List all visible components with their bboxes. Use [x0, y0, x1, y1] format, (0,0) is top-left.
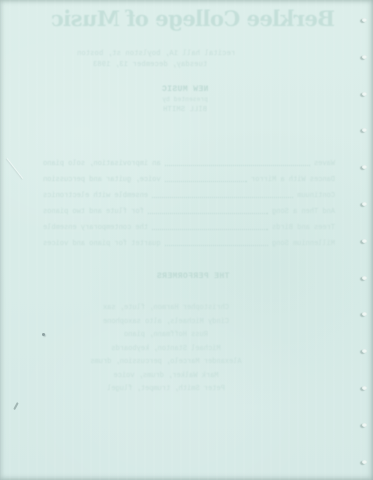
- concert-title: NEW MUSIC: [85, 85, 285, 94]
- bleed-through-layer: Berklee College of Music recital hall 1A…: [0, 0, 373, 480]
- dot-leader: [165, 165, 310, 166]
- program-title: And Then a Song: [272, 208, 335, 216]
- performer-line: Peter Smith, trumpet, flugel: [16, 383, 316, 397]
- program-title: Trees and Birds: [272, 224, 335, 232]
- program-credit: voice, guitar and percussion: [43, 176, 161, 184]
- dot-leader: [148, 213, 268, 214]
- punch-hole: [362, 18, 367, 22]
- program-credit: the contemporary ensemble: [43, 224, 148, 232]
- performer-line: Cindy Michaels, alto saxophone: [16, 316, 316, 330]
- program-title: Dances With a Mirror: [251, 176, 335, 184]
- dot-leader: [165, 245, 268, 246]
- dot-leader: [152, 197, 293, 198]
- program-credit: for flute and two pianos: [43, 208, 144, 216]
- program-row: Trees and Birdsthe contemporary ensemble: [43, 216, 335, 232]
- performers-heading: THE PERFORMERS: [93, 272, 293, 281]
- program-title: Continuum: [297, 192, 335, 200]
- ink-speck: [42, 333, 45, 336]
- presenter-name: BILL SMITH: [85, 106, 285, 114]
- scanned-program-back-page: Berklee College of Music recital hall 1A…: [0, 0, 373, 480]
- punch-hole: [362, 55, 367, 59]
- program-row: Wavesan improvisation, solo piano: [43, 152, 335, 168]
- performer-line: Michael Stanton, keyboards: [16, 343, 316, 357]
- punch-hole: [362, 312, 367, 316]
- program-row: Continuumensemble with electronics: [43, 184, 335, 200]
- performer-line: Russ Hoffmann, piano: [16, 329, 316, 343]
- punch-hole: [362, 92, 367, 96]
- program-row: Millennium Songquartet for piano and voi…: [43, 232, 335, 248]
- performers-list: Christopher Harmon, flute, saxCindy Mich…: [16, 302, 316, 397]
- program-credit: an improvisation, solo piano: [43, 160, 161, 168]
- dot-leader: [152, 229, 268, 230]
- program-list: Wavesan improvisation, solo pianoDances …: [43, 152, 335, 248]
- punch-hole: [362, 349, 367, 353]
- program-row: Dances With a Mirrorvoice, guitar and pe…: [43, 168, 335, 184]
- punch-hole: [362, 128, 367, 132]
- venue-line: recital hall 1A, boylston st, boston: [56, 50, 256, 58]
- paper-crease: [7, 158, 24, 179]
- berklee-logo-bleed: Berklee College of Music: [55, 6, 335, 31]
- punch-hole: [362, 239, 367, 243]
- punch-hole: [362, 386, 367, 390]
- dot-leader: [165, 181, 247, 182]
- punch-hole: [362, 276, 367, 280]
- presented-by-line: presented by: [85, 96, 285, 103]
- program-credit: ensemble with electronics: [43, 192, 148, 200]
- punch-hole: [362, 165, 367, 169]
- program-title: Millennium Song: [272, 240, 335, 248]
- program-title: Waves: [314, 160, 335, 168]
- date-line: tuesday, december 13, 1983: [50, 61, 250, 69]
- program-row: And Then a Songfor flute and two pianos: [43, 200, 335, 216]
- punch-hole: [362, 423, 367, 427]
- punch-hole: [362, 202, 367, 206]
- performer-line: Mark Walker, drums, voice: [16, 370, 316, 384]
- performer-line: Alexander Marcelo, percussion, drums: [16, 356, 316, 370]
- program-credit: quartet for piano and voices: [43, 240, 161, 248]
- punch-hole: [362, 460, 367, 464]
- pen-tick-mark: [13, 402, 18, 410]
- performer-line: Christopher Harmon, flute, sax: [16, 302, 316, 316]
